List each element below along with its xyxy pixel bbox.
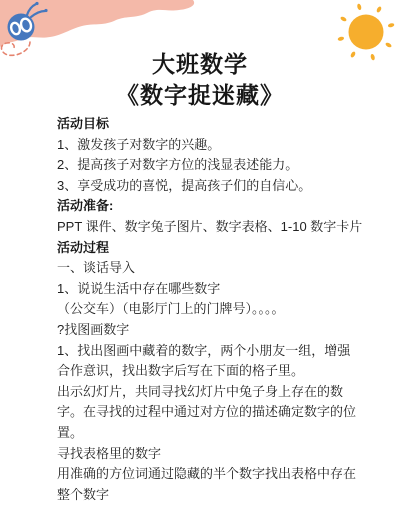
content-line: 2、提高孩子对数字方位的浅显表述能力。 (57, 155, 357, 176)
content-line: 3、享受成功的喜悦，提高孩子们的自信心。 (57, 176, 357, 197)
content-line: （公交车）（电影厅门上的门牌号）。。。。 (57, 299, 357, 320)
title-line-2: 《数字捉迷藏》 (0, 80, 400, 111)
content-line: 合作意识，找出数字后写在下面的格子里。 (57, 361, 357, 382)
content-line: PPT 课件、数字兔子图片、数字表格、1-10 数字卡片 (57, 217, 357, 238)
content-line: 置。 (57, 423, 357, 444)
content-line: 字。在寻找的过程中通过对方位的描述确定数字的位 (57, 402, 357, 423)
content-line: 用准确的方位词通过隐藏的半个数字找出表格中存在 (57, 464, 357, 485)
section-heading-process: 活动过程 (57, 238, 357, 259)
content-line: 出示幻灯片，共同寻找幻灯片中兔子身上存在的数 (57, 382, 357, 403)
content-line: 1、找出图画中藏着的数字，两个小朋友一组，增强 (57, 341, 357, 362)
bug-antennae (27, 2, 48, 17)
content-line: 寻找表格里的数字 (57, 444, 357, 465)
content-line: 整个数字 (57, 485, 357, 506)
section-heading-prep: 活动准备: (57, 196, 357, 217)
section-heading-goals: 活动目标 (57, 114, 357, 135)
page-title: 大班数学 《数字捉迷藏》 (0, 49, 400, 111)
content-line: 1、说说生活中存在哪些数字 (57, 279, 357, 300)
lesson-plan-page: 大班数学 《数字捉迷藏》 活动目标 1、激发孩子对数字的兴趣。 2、提高孩子对数… (0, 0, 400, 508)
lesson-content: 活动目标 1、激发孩子对数字的兴趣。 2、提高孩子对数字方位的浅显表述能力。 3… (57, 114, 357, 505)
content-line: ?找图画数字 (57, 320, 357, 341)
content-line: 一、谈话导入 (57, 258, 357, 279)
title-line-1: 大班数学 (0, 49, 400, 80)
content-line: 1、激发孩子对数字的兴趣。 (57, 135, 357, 156)
